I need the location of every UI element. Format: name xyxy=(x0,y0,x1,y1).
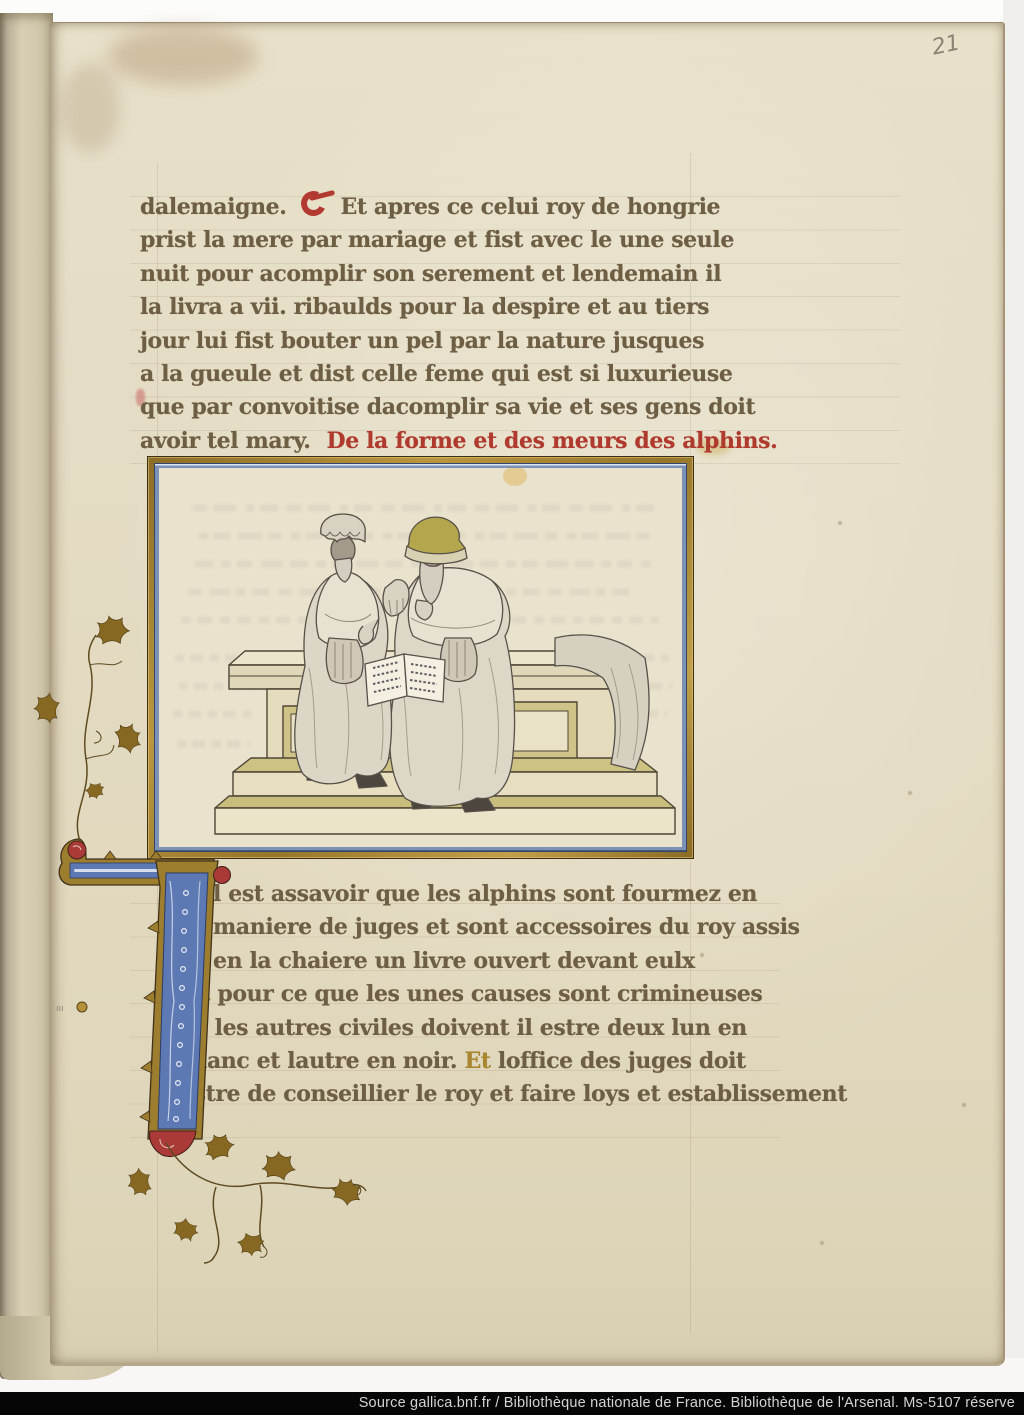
folio-number: 21 xyxy=(930,30,963,60)
text-line: avoir tel mary.De la forme et des meurs … xyxy=(140,425,800,458)
speck xyxy=(908,791,912,795)
text-run: avoir tel mary. xyxy=(140,428,311,454)
stain xyxy=(108,27,258,85)
text-run: loffice des juges doit xyxy=(498,1048,746,1074)
text-line: nuit pour acomplir son serement et lende… xyxy=(140,258,800,291)
text-block-1: dalemaigne.Et apres ce celui roy de hong… xyxy=(140,191,800,458)
border-decoration: ııı xyxy=(38,611,470,1381)
footer-bar: Source gallica.bnf.fr / Bibliothèque nat… xyxy=(0,1392,1024,1415)
text-line: jour lui fist bouter un pel par la natur… xyxy=(140,325,800,358)
upper-vine xyxy=(32,611,146,841)
text-line: que par convoitise dacomplir sa vie et s… xyxy=(140,391,800,424)
paraph-mark xyxy=(301,193,335,217)
text-run: Et apres ce celui roy de hongrie xyxy=(341,194,721,220)
speck xyxy=(838,521,842,525)
margin-marks: ııı xyxy=(56,1002,87,1014)
footer-source-text: Source gallica.bnf.fr / Bibliothèque nat… xyxy=(359,1392,1015,1415)
rubric-text: De la forme et des meurs des alphins. xyxy=(327,428,778,454)
stain xyxy=(60,63,120,153)
scan-background-top xyxy=(0,0,1024,22)
text-run: dalemaigne. xyxy=(140,194,287,220)
svg-text:ııı: ııı xyxy=(56,1004,64,1014)
speck xyxy=(820,1241,824,1245)
text-line: dalemaigne.Et apres ce celui roy de hong… xyxy=(140,191,800,224)
scan-background-right xyxy=(1003,0,1024,1392)
text-line: la livra a vii. ribaulds pour la despire… xyxy=(140,291,800,324)
speck xyxy=(962,1103,966,1107)
manuscript-page: 21 dalemaigne.Et apres ce celui roy de h… xyxy=(50,22,1005,1366)
stain xyxy=(503,468,527,486)
text-line: a la gueule et dist celle feme qui est s… xyxy=(140,358,800,391)
text-line: prist la mere par mariage et fist avec l… xyxy=(140,224,800,257)
illuminated-initial-I xyxy=(140,861,231,1157)
